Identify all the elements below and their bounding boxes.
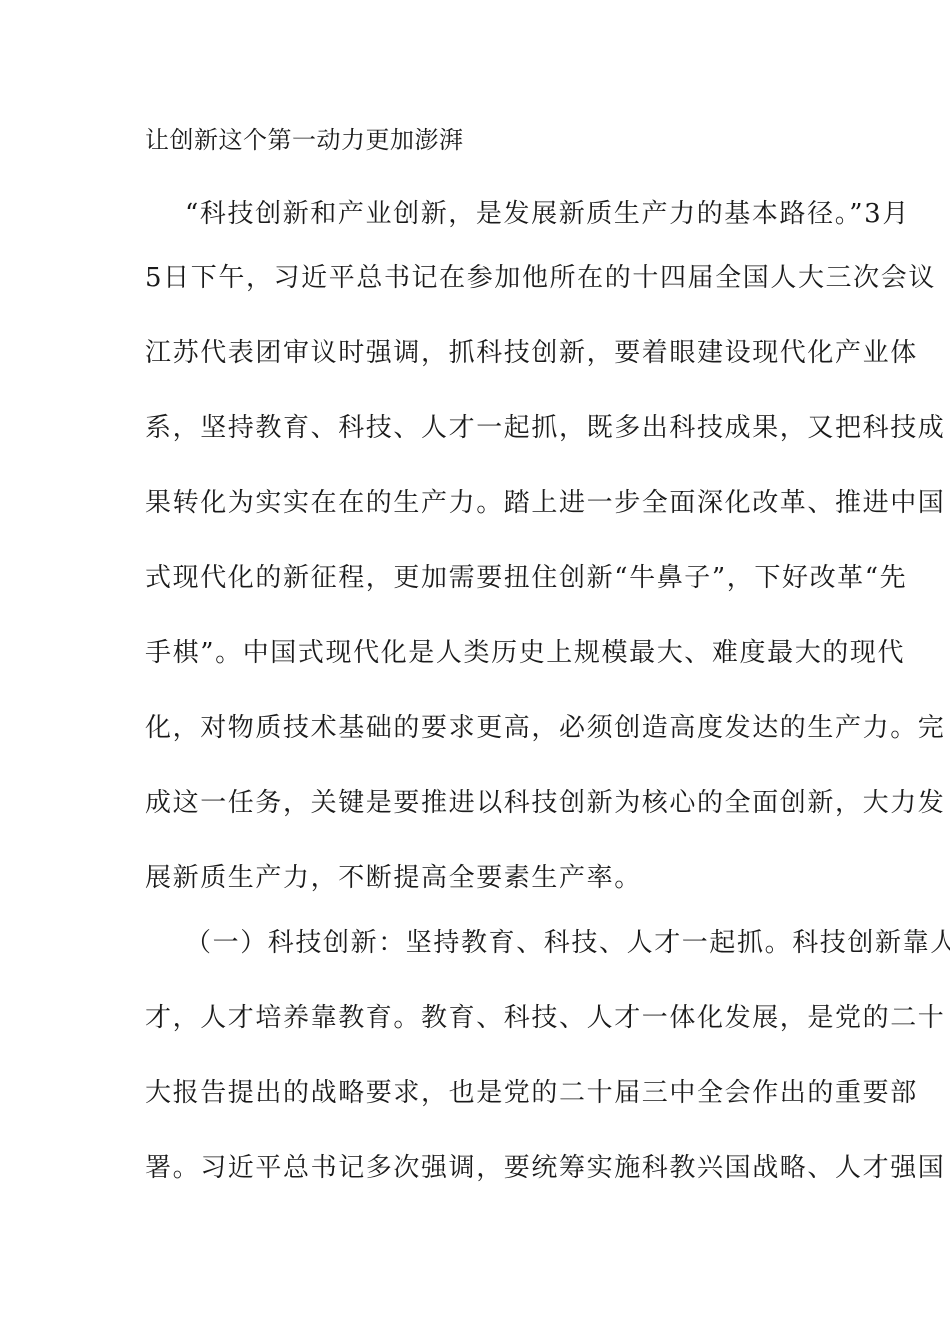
paragraph-line: “科技创新和产业创新，是发展新质生产力的基本路径。”3月 bbox=[185, 198, 805, 230]
paragraph-line: 果转化为实实在在的生产力。踏上进一步全面深化改革、推进中国 bbox=[145, 487, 810, 519]
paragraph-line: 成这一任务，关键是要推进以科技创新为核心的全面创新，大力发 bbox=[145, 787, 810, 819]
document-page: 让创新这个第一动力更加澎湃 “科技创新和产业创新，是发展新质生产力的基本路径。”… bbox=[0, 0, 950, 1344]
paragraph-line: 式现代化的新征程，更加需要扭住创新“牛鼻子”，下好改革“先 bbox=[145, 562, 810, 594]
paragraph-line: 化，对物质技术基础的要求更高，必须创造高度发达的生产力。完 bbox=[145, 712, 810, 744]
paragraph-line: 江苏代表团审议时强调，抓科技创新，要着眼建设现代化产业体 bbox=[145, 337, 810, 369]
paragraph-line: 署。习近平总书记多次强调，要统筹实施科教兴国战略、人才强国 bbox=[145, 1152, 810, 1184]
paragraph-line: 手棋”。中国式现代化是人类历史上规模最大、难度最大的现代 bbox=[145, 637, 810, 669]
paragraph-line: 才，人才培养靠教育。教育、科技、人才一体化发展，是党的二十 bbox=[145, 1002, 810, 1034]
paragraph-line-last: 展新质生产力，不断提高全要素生产率。 bbox=[145, 862, 810, 894]
paragraph-line: 系，坚持教育、科技、人才一起抓，既多出科技成果，又把科技成 bbox=[145, 412, 810, 444]
paragraph-line: 5日下午，习近平总书记在参加他所在的十四届全国人大三次会议 bbox=[145, 262, 810, 294]
paragraph-line: （一）科技创新：坚持教育、科技、人才一起抓。科技创新靠人 bbox=[185, 927, 805, 959]
document-heading: 让创新这个第一动力更加澎湃 bbox=[145, 124, 810, 156]
paragraph-line: 大报告提出的战略要求，也是党的二十届三中全会作出的重要部 bbox=[145, 1077, 810, 1109]
